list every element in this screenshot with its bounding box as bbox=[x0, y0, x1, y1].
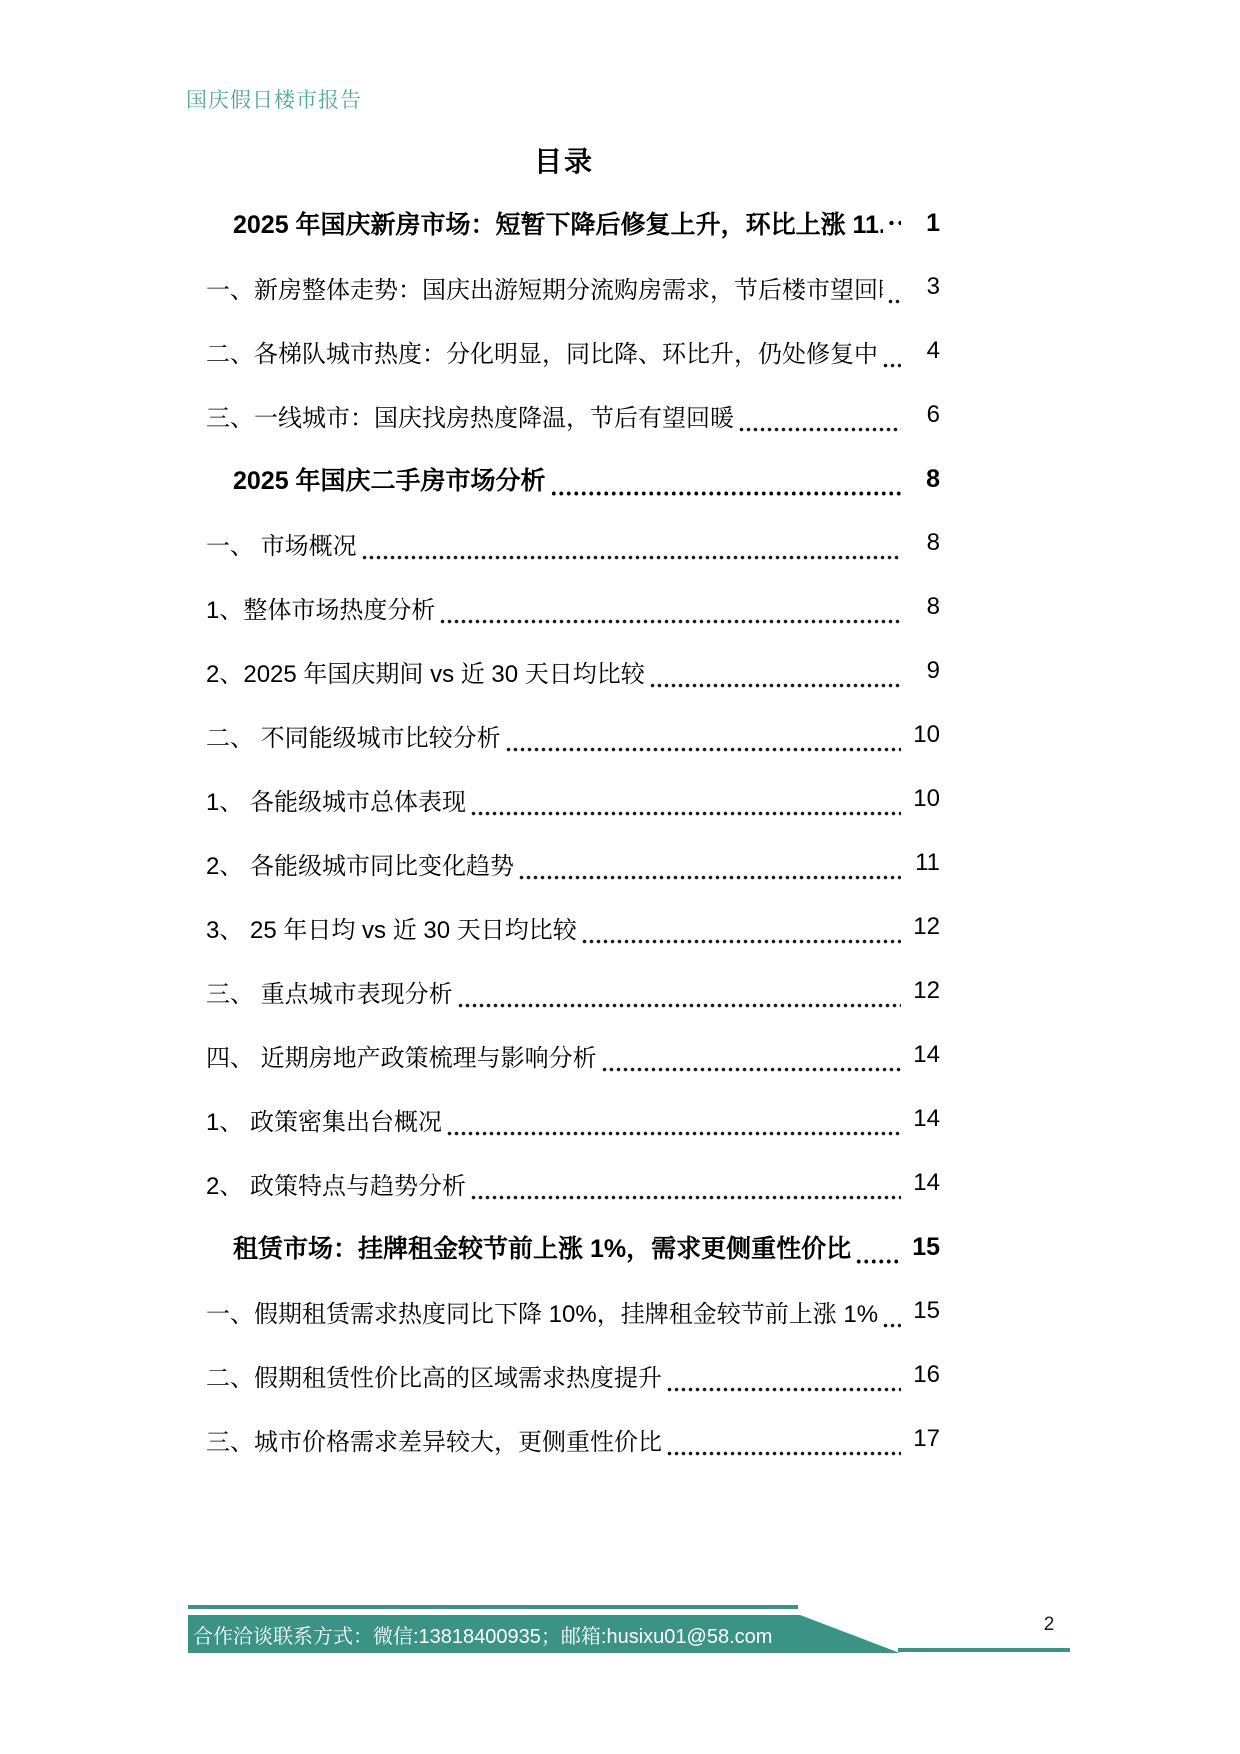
toc-entry-page: 14 bbox=[904, 1105, 940, 1133]
toc-entry[interactable]: 二、各梯队城市热度：分化明显，同比降、环比升，仍处修复中 4 bbox=[206, 319, 940, 383]
toc-entry-page: 11 bbox=[904, 849, 940, 877]
toc-entry[interactable]: 2、2025 年国庆期间 vs 近 30 天日均比较 9 bbox=[206, 639, 940, 703]
footer-banner: 合作洽谈联系方式：微信:13818400935；邮箱:husixu01@58.c… bbox=[188, 1615, 900, 1653]
toc-entry[interactable]: 二、假期租赁性价比高的区域需求热度提升 16 bbox=[206, 1343, 940, 1407]
toc-leader-dots bbox=[457, 984, 901, 1008]
toc-entry-page: 10 bbox=[904, 721, 940, 749]
toc-entry[interactable]: 三、一线城市：国庆找房热度降温，节后有望回暖 6 bbox=[206, 383, 940, 447]
toc-entry-text: 四、 近期房地产政策梳理与影响分析 bbox=[206, 1038, 597, 1073]
toc-leader-dots bbox=[581, 920, 901, 944]
toc-entry-text: 租赁市场：挂牌租金较节前上涨 1%，需求更侧重性价比 bbox=[233, 1229, 851, 1265]
toc-entry[interactable]: 一、假期租赁需求热度同比下降 10%，挂牌租金较节前上涨 1% 15 bbox=[206, 1279, 940, 1343]
toc-leader-dots bbox=[666, 1368, 901, 1392]
toc-entry-page: 15 bbox=[904, 1233, 940, 1262]
footer-accent-line-tail bbox=[898, 1648, 1070, 1652]
toc-entry[interactable]: 1、整体市场热度分析 8 bbox=[206, 575, 940, 639]
toc-leader-dots bbox=[882, 1304, 901, 1328]
toc-leader-dots bbox=[361, 536, 901, 560]
toc-entry-text: 三、 重点城市表现分析 bbox=[206, 974, 453, 1009]
toc-entry-page: 6 bbox=[904, 401, 940, 429]
toc-entry[interactable]: 2025 年国庆二手房市场分析 8 bbox=[206, 447, 940, 511]
toc-entry-text: 1、 各能级城市总体表现 bbox=[206, 782, 466, 817]
toc-list: 2025 年国庆新房市场：短暂下降后修复上升，环比上涨 11.2% 1 一、新房… bbox=[206, 191, 940, 1471]
toc-entry-page: 8 bbox=[904, 529, 940, 557]
toc-entry-text: 2、2025 年国庆期间 vs 近 30 天日均比较 bbox=[206, 654, 645, 689]
toc-entry-text: 一、假期租赁需求热度同比下降 10%，挂牌租金较节前上涨 1% bbox=[206, 1294, 878, 1329]
toc-entry-page: 16 bbox=[904, 1361, 940, 1389]
toc-leader-dots bbox=[887, 280, 901, 304]
toc-entry[interactable]: 二、 不同能级城市比较分析 10 bbox=[206, 703, 940, 767]
toc-entry-page: 12 bbox=[904, 913, 940, 941]
toc-entry-text: 二、假期租赁性价比高的区域需求热度提升 bbox=[206, 1358, 662, 1393]
toc-leader-dots bbox=[882, 344, 901, 368]
toc-entry-page: 14 bbox=[904, 1041, 940, 1069]
toc-entry-page: 15 bbox=[904, 1297, 940, 1325]
toc-leader-dots bbox=[446, 1112, 901, 1136]
toc-entry-page: 1 bbox=[904, 209, 940, 238]
toc-leader-dots bbox=[855, 1240, 901, 1264]
toc-entry-text: 2、 政策特点与趋势分析 bbox=[206, 1166, 466, 1201]
toc-entry[interactable]: 2025 年国庆新房市场：短暂下降后修复上升，环比上涨 11.2% 1 bbox=[206, 191, 940, 255]
toc-entry[interactable]: 2、 政策特点与趋势分析 14 bbox=[206, 1151, 940, 1215]
toc-entry-page: 3 bbox=[904, 273, 940, 301]
footer-accent-line-top bbox=[188, 1605, 798, 1609]
toc-leader-dots bbox=[887, 211, 901, 235]
toc-leader-dots bbox=[649, 664, 901, 688]
toc-leader-dots bbox=[470, 1176, 901, 1200]
toc-entry-text: 二、 不同能级城市比较分析 bbox=[206, 718, 501, 753]
toc-entry-text: 一、新房整体走势：国庆出游短期分流购房需求，节后楼市望回暖 bbox=[206, 270, 883, 305]
toc-entry-text: 一、 市场概况 bbox=[206, 526, 357, 561]
toc-entry-text: 二、各梯队城市热度：分化明显，同比降、环比升，仍处修复中 bbox=[206, 334, 878, 369]
toc-entry-text: 1、整体市场热度分析 bbox=[206, 590, 435, 625]
toc-entry-text: 1、 政策密集出台概况 bbox=[206, 1102, 442, 1137]
toc-entry[interactable]: 一、新房整体走势：国庆出游短期分流购房需求，节后楼市望回暖 3 bbox=[206, 255, 940, 319]
toc-entry-page: 8 bbox=[904, 593, 940, 621]
toc-leader-dots bbox=[550, 472, 901, 496]
toc-leader-dots bbox=[738, 408, 901, 432]
toc-entry-text: 2025 年国庆新房市场：短暂下降后修复上升，环比上涨 11.2% bbox=[233, 205, 883, 241]
toc-leader-dots bbox=[505, 728, 901, 752]
toc-leader-dots bbox=[439, 600, 901, 624]
toc-entry[interactable]: 租赁市场：挂牌租金较节前上涨 1%，需求更侧重性价比 15 bbox=[206, 1215, 940, 1279]
toc-entry[interactable]: 1、 政策密集出台概况 14 bbox=[206, 1087, 940, 1151]
toc-entry-page: 8 bbox=[904, 465, 940, 494]
toc-entry-text: 三、一线城市：国庆找房热度降温，节后有望回暖 bbox=[206, 398, 734, 433]
toc-entry-text: 3、 25 年日均 vs 近 30 天日均比较 bbox=[206, 910, 577, 945]
footer-contact-text: 合作洽谈联系方式：微信:13818400935；邮箱:husixu01@58.c… bbox=[193, 1620, 772, 1649]
toc-entry-text: 三、城市价格需求差异较大，更侧重性价比 bbox=[206, 1422, 662, 1457]
toc-leader-dots bbox=[666, 1432, 901, 1456]
toc-entry[interactable]: 3、 25 年日均 vs 近 30 天日均比较 12 bbox=[206, 895, 940, 959]
toc-entry-page: 14 bbox=[904, 1169, 940, 1197]
page-number: 2 bbox=[1032, 1614, 1066, 1636]
toc-entry[interactable]: 四、 近期房地产政策梳理与影响分析 14 bbox=[206, 1023, 940, 1087]
toc-leader-dots bbox=[601, 1048, 901, 1072]
toc-leader-dots bbox=[470, 792, 901, 816]
toc-entry-text: 2025 年国庆二手房市场分析 bbox=[233, 461, 546, 497]
toc-entry[interactable]: 三、 重点城市表现分析 12 bbox=[206, 959, 940, 1023]
toc-entry-page: 10 bbox=[904, 785, 940, 813]
toc-entry-page: 4 bbox=[904, 337, 940, 365]
toc-entry-page: 9 bbox=[904, 657, 940, 685]
toc-entry[interactable]: 1、 各能级城市总体表现 10 bbox=[206, 767, 940, 831]
toc-entry[interactable]: 2、 各能级城市同比变化趋势 11 bbox=[206, 831, 940, 895]
toc-title: 目录 bbox=[188, 140, 940, 180]
toc-entry[interactable]: 三、城市价格需求差异较大，更侧重性价比 17 bbox=[206, 1407, 940, 1471]
toc-entry[interactable]: 一、 市场概况 8 bbox=[206, 511, 940, 575]
toc-entry-page: 17 bbox=[904, 1425, 940, 1453]
document-page: 国庆假日楼市报告 目录 2025 年国庆新房市场：短暂下降后修复上升，环比上涨 … bbox=[0, 0, 1240, 1754]
toc-entry-page: 12 bbox=[904, 977, 940, 1005]
toc-entry-text: 2、 各能级城市同比变化趋势 bbox=[206, 846, 514, 881]
report-header-title: 国庆假日楼市报告 bbox=[186, 84, 362, 114]
toc-leader-dots bbox=[518, 856, 901, 880]
